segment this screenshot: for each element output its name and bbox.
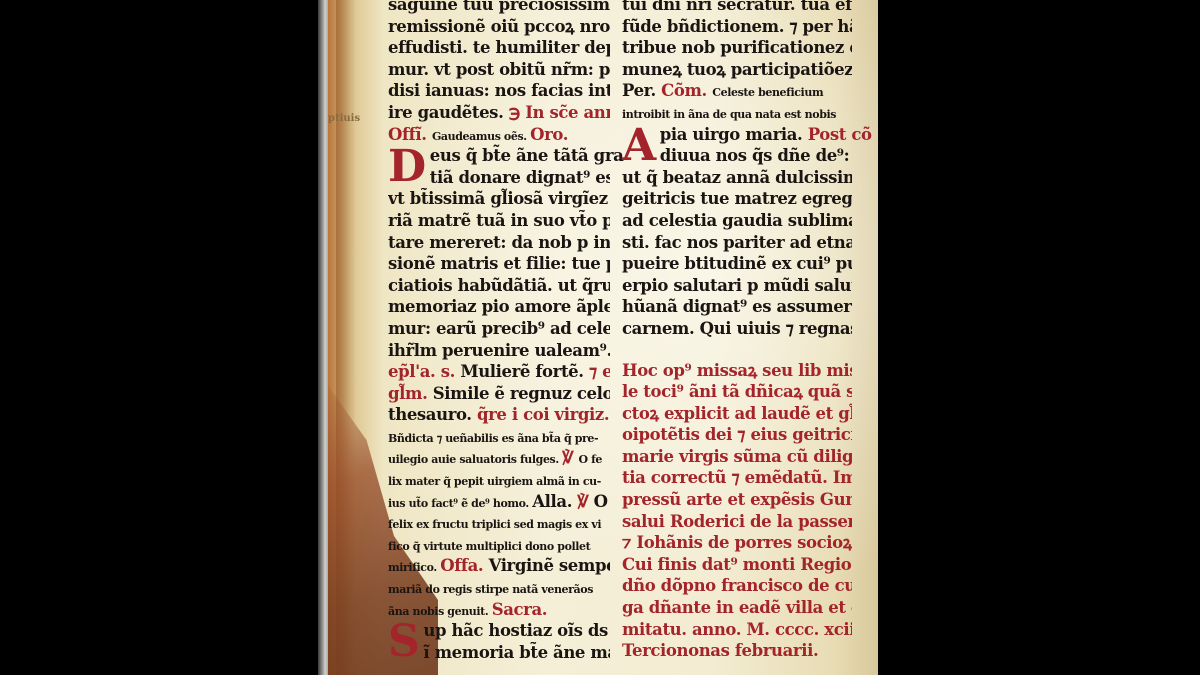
text-line: Terciononas februarii. (622, 640, 852, 662)
text-line: tia correctũ ⁊ emẽdatũ. Im- (622, 467, 852, 489)
body-text: Celeste beneficium (712, 86, 823, 99)
body-text: up hãc hostiaz oĩs ds (423, 621, 607, 640)
rubric-text: ep̃l'a. s. (388, 362, 460, 381)
text-line: le toci⁹ ãni tã dñicaꝝ quã sã- (622, 381, 852, 403)
body-text: introibit in ãna de qua nata est nobis (622, 108, 836, 121)
body-text: pia uirgo maria. (660, 125, 808, 144)
rubric-text: le toci⁹ ãni tã dñicaꝝ quã sã- (622, 382, 852, 401)
text-line: sti. fac nos pariter ad etnaz (622, 232, 852, 254)
body-text: sti. fac nos pariter ad etnaz (622, 233, 852, 252)
body-text: Virginẽ semper (489, 556, 610, 575)
text-line: Per. Cõm. Celeste beneficium (622, 80, 852, 102)
rubric-text: Cui finis dat⁹ monti Regio (622, 555, 851, 574)
illuminated-initial: A (622, 126, 656, 166)
body-text: lix mater q̃ pepit uirgiem almã in cu- (388, 475, 601, 488)
text-line: memoriaz pio amore ãpleti- (388, 296, 610, 318)
text-line: gl̃m. Simile ẽ regnuz celorũ (388, 383, 610, 405)
body-text: memoriaz pio amore ãpleti- (388, 297, 610, 316)
rubric-text: Oro. (530, 125, 568, 144)
text-line: felix ex fructu triplici sed magis ex vi (388, 512, 610, 534)
text-line: tribue nob purificationez et (622, 37, 852, 59)
text-line: hũanã dignat⁹ es assumere (622, 296, 852, 318)
body-text: Bñdicta ⁊ ueñabilis es ãna bt̃a q̃ pre- (388, 432, 598, 445)
rubric-text: ga dñante in eadẽ villa et co- (622, 598, 852, 617)
rubric-text: Sacra. (492, 600, 547, 619)
body-text: tribue nob purificationez et (622, 38, 852, 57)
text-line: salui Roderici de la passera. (622, 511, 852, 533)
rubric-text: pressũ arte et expẽsis Gundi (622, 490, 852, 509)
body-text: Per. (622, 81, 661, 100)
text-line: ihr̃lm peruenire ualeam⁹. p. (388, 340, 610, 362)
text-line: effudisti. te humiliter depca- (388, 37, 610, 59)
body-text: felix ex fructu triplici sed magis ex vi (388, 518, 601, 531)
text-line: sãguinẽ tuũ preciosissimũ in (388, 0, 610, 16)
text-line: sionẽ matris et filie: tue ppi- (388, 253, 610, 275)
body-text: remissionẽ oiũ pccoꝝ nroꝝ (388, 17, 610, 36)
body-text: ius ut̃o fact⁹ ẽ de⁹ homo. (388, 497, 532, 510)
body-text: mur: earũ precib⁹ ad celestẽ (388, 319, 610, 338)
text-line: ⁊ Iohãnis de porres socioꝝ. (622, 532, 852, 554)
body-text: tui dni nri secratur. tua ef- (622, 0, 852, 14)
body-text: Simile ẽ regnuz celorũ (433, 384, 610, 403)
text-line: uilegio auie saluatoris fulges. ℣ O fe (388, 447, 610, 469)
text-line: mirifico. Offa. Virginẽ semper (388, 555, 610, 577)
body-text: hũanã dignat⁹ es assumere (622, 297, 852, 316)
body-text: Alla. (532, 492, 577, 511)
body-text: mur. vt post obitũ nr̃m: para (388, 60, 610, 79)
text-line: Hoc op⁹ missaꝝ seu lib missa (622, 360, 852, 382)
body-text: disi ianuas: nos facias intro (388, 81, 610, 100)
body-text: carnem. Qui uiuis ⁊ regnas (622, 319, 852, 338)
body-text: ut q̃ beataz annã dulcissime (622, 168, 852, 187)
text-line: marie virgis sũma cũ diligẽ- (622, 446, 852, 468)
rubric-text: marie virgis sũma cũ diligẽ- (622, 447, 852, 466)
text-line: ãna nobis genuit. Sacra. (388, 599, 610, 621)
rubric-text: tia correctũ ⁊ emẽdatũ. Im- (622, 468, 852, 487)
rubric-text: ctoꝝ explicit ad laudẽ et gl̃iã (622, 404, 852, 423)
text-line: erpio salutari p mũdi salute (622, 275, 852, 297)
rubric-text: Hoc op⁹ missaꝝ seu lib missa (622, 361, 852, 380)
text-line: mur. vt post obitũ nr̃m: para (388, 59, 610, 81)
text-line: Cui finis dat⁹ monti Regio (622, 554, 852, 576)
body-text: ire gaudẽtes. (388, 103, 509, 122)
right-text-column: tui dni nri secratur. tua ef-fũde bñdict… (622, 0, 852, 662)
body-text: Mulierẽ fortẽ. (460, 362, 589, 381)
rubric-text: dño dõpno francisco de cuni- (622, 576, 852, 595)
text-line: tui dni nri secratur. tua ef- (622, 0, 852, 16)
rubric-text: ℣ (562, 448, 578, 467)
body-text: mirifico. (388, 561, 440, 574)
body-text: tiã donare dignat⁹ es. (430, 168, 610, 187)
text-line: disi ianuas: nos facias intro (388, 80, 610, 102)
text-line: ius ut̃o fact⁹ ẽ de⁹ homo. Alla. ℣ O (388, 491, 610, 513)
body-text: muneꝝ tuoꝝ participatiõez (622, 60, 852, 79)
text-line: mitatu. anno. M. cccc. xciiii. (622, 619, 852, 641)
text-line: Sup hãc hostiaz oĩs ds (388, 620, 610, 642)
text-line: mariã do regis stirpe natã venerãos (388, 577, 610, 599)
body-text: ĩ memoria bt̃e ãne matris (423, 643, 610, 662)
body-text: O fe (578, 453, 602, 466)
body-text: fico q̃ virtute multiplici dono pollet (388, 540, 590, 553)
body-text: eus q̃ bt̃e ãne tãtã gra (430, 146, 624, 165)
body-text: sionẽ matris et filie: tue ppi- (388, 254, 610, 273)
text-line: Apia uirgo maria. Post cõ (622, 124, 852, 146)
rubric-text: salui Roderici de la passera. (622, 512, 852, 531)
text-line: muneꝝ tuoꝝ participatiõez (622, 59, 852, 81)
margin-note: ptiuis (328, 113, 360, 124)
manuscript-page: ptiuis sãguinẽ tuũ preciosissimũ inremis… (328, 0, 878, 675)
body-text: tare mereret: da nob p intces- (388, 233, 610, 252)
text-line: oipotẽtis dei ⁊ eius geitricis (622, 424, 852, 446)
text-line: remissionẽ oiũ pccoꝝ nroꝝ (388, 16, 610, 38)
body-text: uilegio auie saluatoris fulges. (388, 453, 562, 466)
body-text: fũde bñdictionem. ⁊ per hãc (622, 17, 852, 36)
illuminated-initial: D (388, 147, 426, 187)
rubric-text: ⁊ Iohãnis de porres socioꝝ. (622, 533, 852, 552)
text-line: riã matrẽ tuã in suo vt̃o por- (388, 210, 610, 232)
text-line (622, 340, 852, 360)
body-text: O (594, 492, 608, 511)
body-text: effudisti. te humiliter depca- (388, 38, 610, 57)
body-text: mariã do regis stirpe natã venerãos (388, 583, 593, 596)
text-line: ad celestia gaudia sublima- (622, 210, 852, 232)
text-line: ep̃l'a. s. Mulierẽ fortẽ. ⁊ euã (388, 361, 610, 383)
rubric-text: q̃re i coi virgiz. ℟ (477, 405, 610, 424)
text-line: carnem. Qui uiuis ⁊ regnas (622, 318, 852, 340)
body-text: thesauro. (388, 405, 477, 424)
rubric-text: mitatu. anno. M. cccc. xciiii. (622, 620, 852, 639)
text-line: Deus q̃ bt̃e ãne tãtã gra (388, 145, 610, 167)
body-text: sãguinẽ tuũ preciosissimũ in (388, 0, 610, 14)
text-line: fũde bñdictionem. ⁊ per hãc (622, 16, 852, 38)
text-line: tare mereret: da nob p intces- (388, 232, 610, 254)
body-text: vt bt̃issimã gl̃iosã virgĩez ma (388, 189, 610, 208)
text-line: introibit in ãna de qua nata est nobis (622, 102, 852, 124)
text-line: ĩ memoria bt̃e ãne matris (423, 642, 610, 664)
rubric-text: ℈ In sc̃e anne (509, 103, 610, 122)
left-text-column: sãguinẽ tuũ preciosissimũ inremissionẽ o… (388, 0, 610, 663)
rubric-text: gl̃m. (388, 384, 433, 403)
rubric-text: Terciononas februarii. (622, 641, 818, 660)
text-line: Offĩ. Gaudeamus oẽs. Oro. (388, 124, 610, 146)
rubric-text: ⁊ euã (589, 362, 610, 381)
body-text: ãna nobis genuit. (388, 605, 492, 618)
body-text: geitricis tue matrez egregiã (622, 189, 852, 208)
text-line: ut q̃ beataz annã dulcissime (622, 167, 852, 189)
body-text: ad celestia gaudia sublima- (622, 211, 852, 230)
body-text: erpio salutari p mũdi salute (622, 276, 852, 295)
text-line: ctoꝝ explicit ad laudẽ et gl̃iã (622, 403, 852, 425)
rubric-text: ℣ (577, 492, 593, 511)
text-line: ire gaudẽtes. ℈ In sc̃e anne (388, 102, 610, 124)
text-line: fico q̃ virtute multiplici dono pollet (388, 534, 610, 556)
body-text: ihr̃lm peruenire ualeam⁹. p. (388, 341, 610, 360)
text-line: thesauro. q̃re i coi virgiz. ℟ (388, 404, 610, 426)
text-line: mur: earũ precib⁹ ad celestẽ (388, 318, 610, 340)
text-line: diuua nos q̃s dñe de⁹: (660, 145, 852, 167)
body-text: riã matrẽ tuã in suo vt̃o por- (388, 211, 610, 230)
text-line: dño dõpno francisco de cuni- (622, 575, 852, 597)
body-text: ciatiois habũdãtiã. ut q̃rum (388, 276, 610, 295)
text-line: vt bt̃issimã gl̃iosã virgĩez ma (388, 188, 610, 210)
rubric-text: Post cõ (808, 125, 872, 144)
rubric-text: Offa. (440, 556, 488, 575)
text-line: Bñdicta ⁊ ueñabilis es ãna bt̃a q̃ pre- (388, 426, 610, 448)
text-line: pressũ arte et expẽsis Gundi (622, 489, 852, 511)
text-line: geitricis tue matrez egregiã (622, 188, 852, 210)
text-line: ciatiois habũdãtiã. ut q̃rum (388, 275, 610, 297)
text-line: tiã donare dignat⁹ es. (430, 167, 610, 189)
text-line: ga dñante in eadẽ villa et co- (622, 597, 852, 619)
text-line: pueire btitudinẽ ex cui⁹ pu- (622, 253, 852, 275)
text-line: lix mater q̃ pepit uirgiem almã in cu- (388, 469, 610, 491)
rubric-text: Cõm. (661, 81, 712, 100)
rubric-text: oipotẽtis dei ⁊ eius geitricis (622, 425, 852, 444)
illuminated-initial: S (388, 622, 419, 662)
rubric-text: Offĩ. (388, 125, 432, 144)
body-text: diuua nos q̃s dñe de⁹: (660, 146, 850, 165)
body-text: pueire btitudinẽ ex cui⁹ pu- (622, 254, 852, 273)
body-text: Gaudeamus oẽs. (432, 130, 530, 143)
